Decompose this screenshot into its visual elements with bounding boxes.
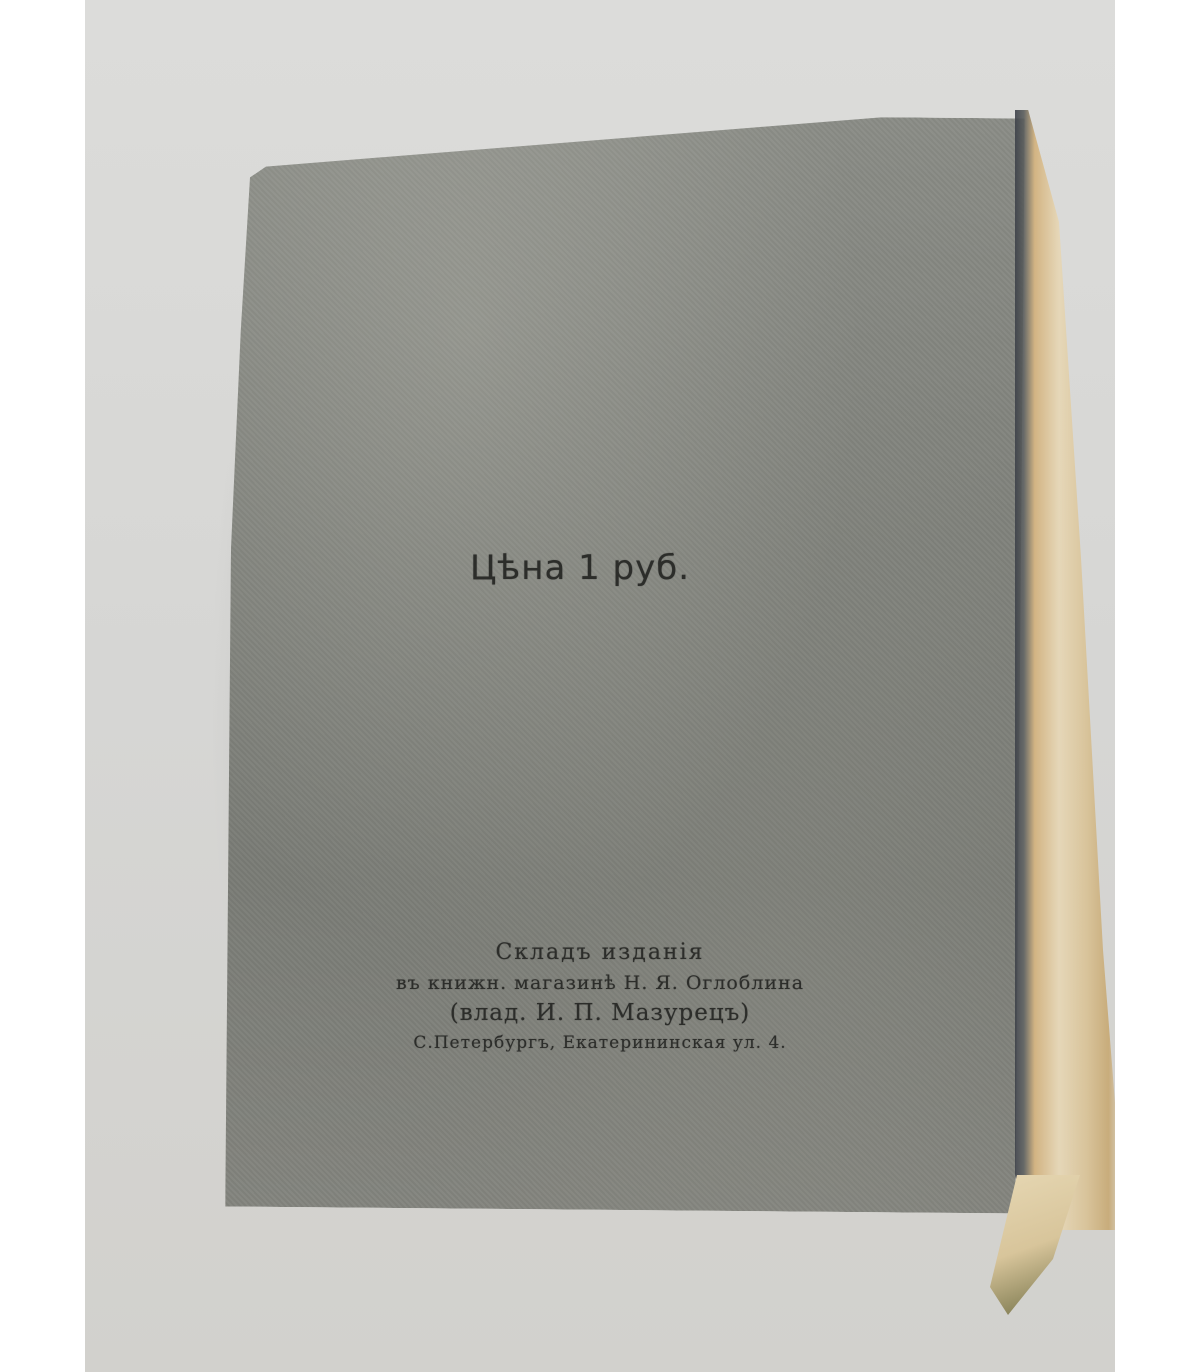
imprint-line-1: Складъ изданія	[330, 938, 870, 968]
imprint-line-3: (влад. И. П. Мазурецъ)	[330, 998, 870, 1028]
imprint-line-2: въ книжн. магазинѣ Н. Я. Оглоблина	[330, 968, 870, 998]
imprint-line-4: С.Петербургъ, Екатерининская ул. 4.	[330, 1028, 870, 1058]
price-label: Цѣна 1 руб.	[440, 548, 720, 588]
book-spine	[1015, 110, 1115, 1230]
publisher-imprint: Складъ изданія въ книжн. магазинѣ Н. Я. …	[330, 938, 870, 1058]
book-photo	[85, 0, 1115, 1372]
